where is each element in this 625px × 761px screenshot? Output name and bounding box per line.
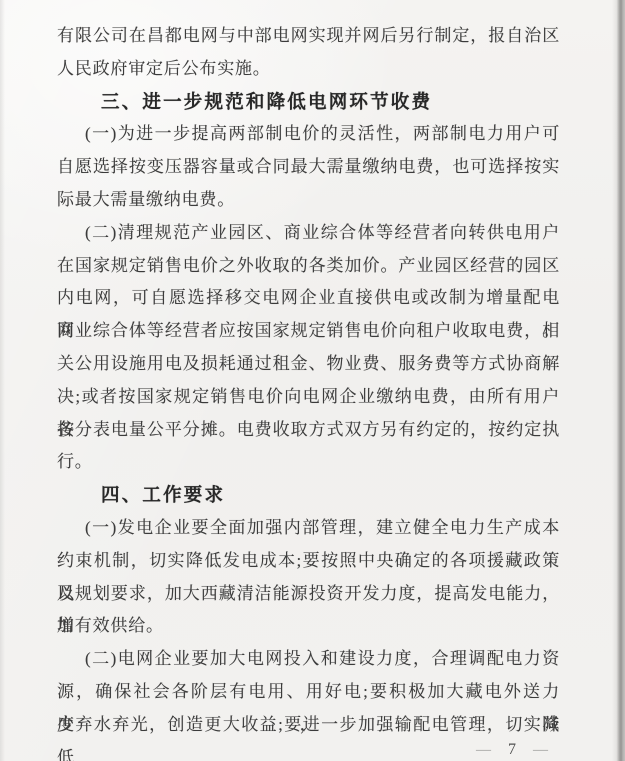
scanned-document-page: 有限公司在昌都电网与中部电网实现并网后另行制定，报自治区 人民政府审定后公布实施… [0,0,625,761]
text-line: 人民政府审定后公布实施。 [57,53,560,86]
text-line: 在国家规定销售电价之外收取的各类加价。产业园区经营的园区 [57,250,560,283]
section-heading-3: 三、进一步规范和降低电网环节收费 [57,86,560,119]
text-line: 商业综合体等经营者应按国家规定销售电价向租户收取电费，相 [57,315,560,348]
page-number-dash-right: — [533,742,548,759]
page-number: — 7 — [476,741,548,759]
text-line: 少弃水弃光，创造更大收益;要进一步加强输配电管理，切实降低 [57,709,560,742]
text-line: 关公用设施用电及损耗通过租金、物业费、服务费等方式协商解 [57,348,560,381]
document-body: 有限公司在昌都电网与中部电网实现并网后另行制定，报自治区 人民政府审定后公布实施… [57,20,560,742]
paper-left-crease [0,0,5,761]
section-heading-4: 四、工作要求 [57,479,560,512]
text-line: 内电网，可自愿选择移交电网企业直接供电或改制为增量配电网。 [57,282,560,315]
page-number-value: 7 [508,741,516,759]
text-line: 加有效供给。 [57,610,560,643]
text-line: 际最大需量缴纳电费。 [57,184,560,217]
text-line: 源，确保社会各阶层有电用、用好电;要积极加大藏电外送力度，减 [57,676,560,709]
text-line: 行。 [57,446,560,479]
text-line: (二)清理规范产业园区、商业综合体等经营者向转供电用户 [57,217,560,250]
text-line: (二)电网企业要加大电网投入和建设力度，合理调配电力资 [57,643,560,676]
text-line: (一)为进一步提高两部制电价的灵活性，两部制电力用户可 [57,118,560,151]
text-line: 约束机制，切实降低发电成本;要按照中央确定的各项援藏政策以 [57,545,560,578]
text-line: 自愿选择按变压器容量或合同最大需量缴纳电费，也可选择按实 [57,151,560,184]
text-line: (一)发电企业要全面加强内部管理，建立健全电力生产成本 [57,512,560,545]
text-line: 各分表电量公平分摊。电费收取方式双方另有约定的，按约定执 [57,414,560,447]
page-number-dash-left: — [476,742,491,759]
text-line: 及规划要求，加大西藏清洁能源投资开发力度，提高发电能力，增 [57,578,560,611]
scan-edge-shadow [612,0,625,761]
text-line: 决;或者按国家规定销售电价向电网企业缴纳电费，由所有用户按 [57,381,560,414]
text-line: 有限公司在昌都电网与中部电网实现并网后另行制定，报自治区 [57,20,560,53]
